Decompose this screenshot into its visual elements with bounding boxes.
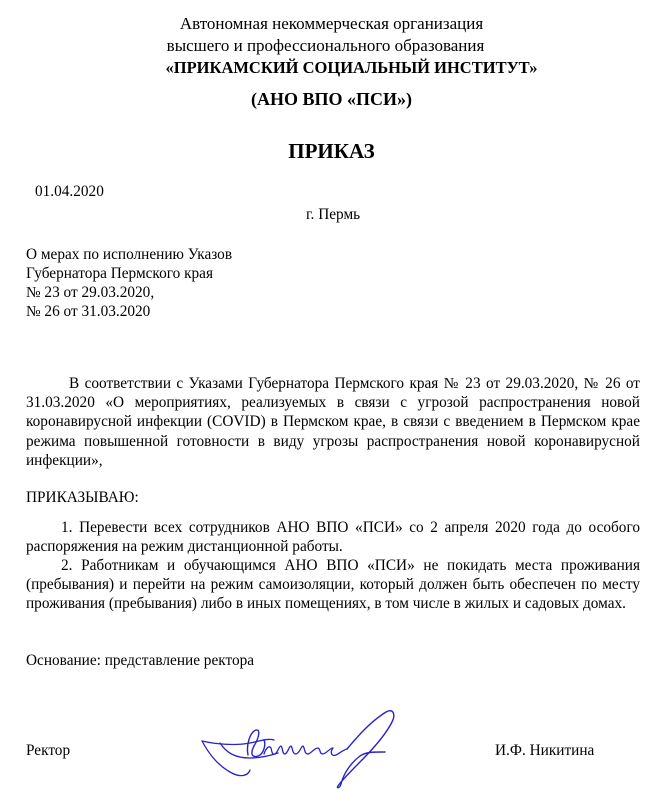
org-name: «ПРИКАМСКИЙ СОЦИАЛЬНЫЙ ИНСТИТУТ» (20, 58, 663, 78)
document-city: г. Пермь (306, 206, 360, 224)
order-basis: Основание: представление ректора (26, 652, 254, 670)
subject-line: О мерах по исполнению Указов (26, 245, 232, 264)
document-date: 01.04.2020 (35, 183, 104, 201)
order-item-2: 2. Работникам и обучающимся АНО ВПО «ПСИ… (26, 556, 640, 614)
org-line-2: высшего и профессионального образования (0, 36, 657, 56)
subject-line: № 26 от 31.03.2020 (26, 302, 232, 321)
subject-line: № 23 от 29.03.2020, (26, 283, 232, 302)
preamble-paragraph: В соответствии с Указами Губернатора Пер… (26, 374, 640, 470)
signatory-title: Ректор (26, 742, 70, 760)
order-heading: ПРИКАЗЫВАЮ: (26, 489, 139, 507)
handwritten-signature (190, 700, 410, 791)
subject-line: Губернатора Пермского края (26, 264, 232, 283)
signatory-name: И.Ф. Никитина (495, 742, 594, 760)
document-title: ПРИКАЗ (0, 139, 663, 164)
order-item-1: 1. Перевести всех сотрудников АНО ВПО «П… (26, 518, 640, 556)
org-line-1: Автономная некоммерческая организация (0, 14, 663, 34)
org-abbreviation: (АНО ВПО «ПСИ») (0, 89, 663, 110)
document-subject: О мерах по исполнению Указов Губернатора… (26, 245, 232, 321)
